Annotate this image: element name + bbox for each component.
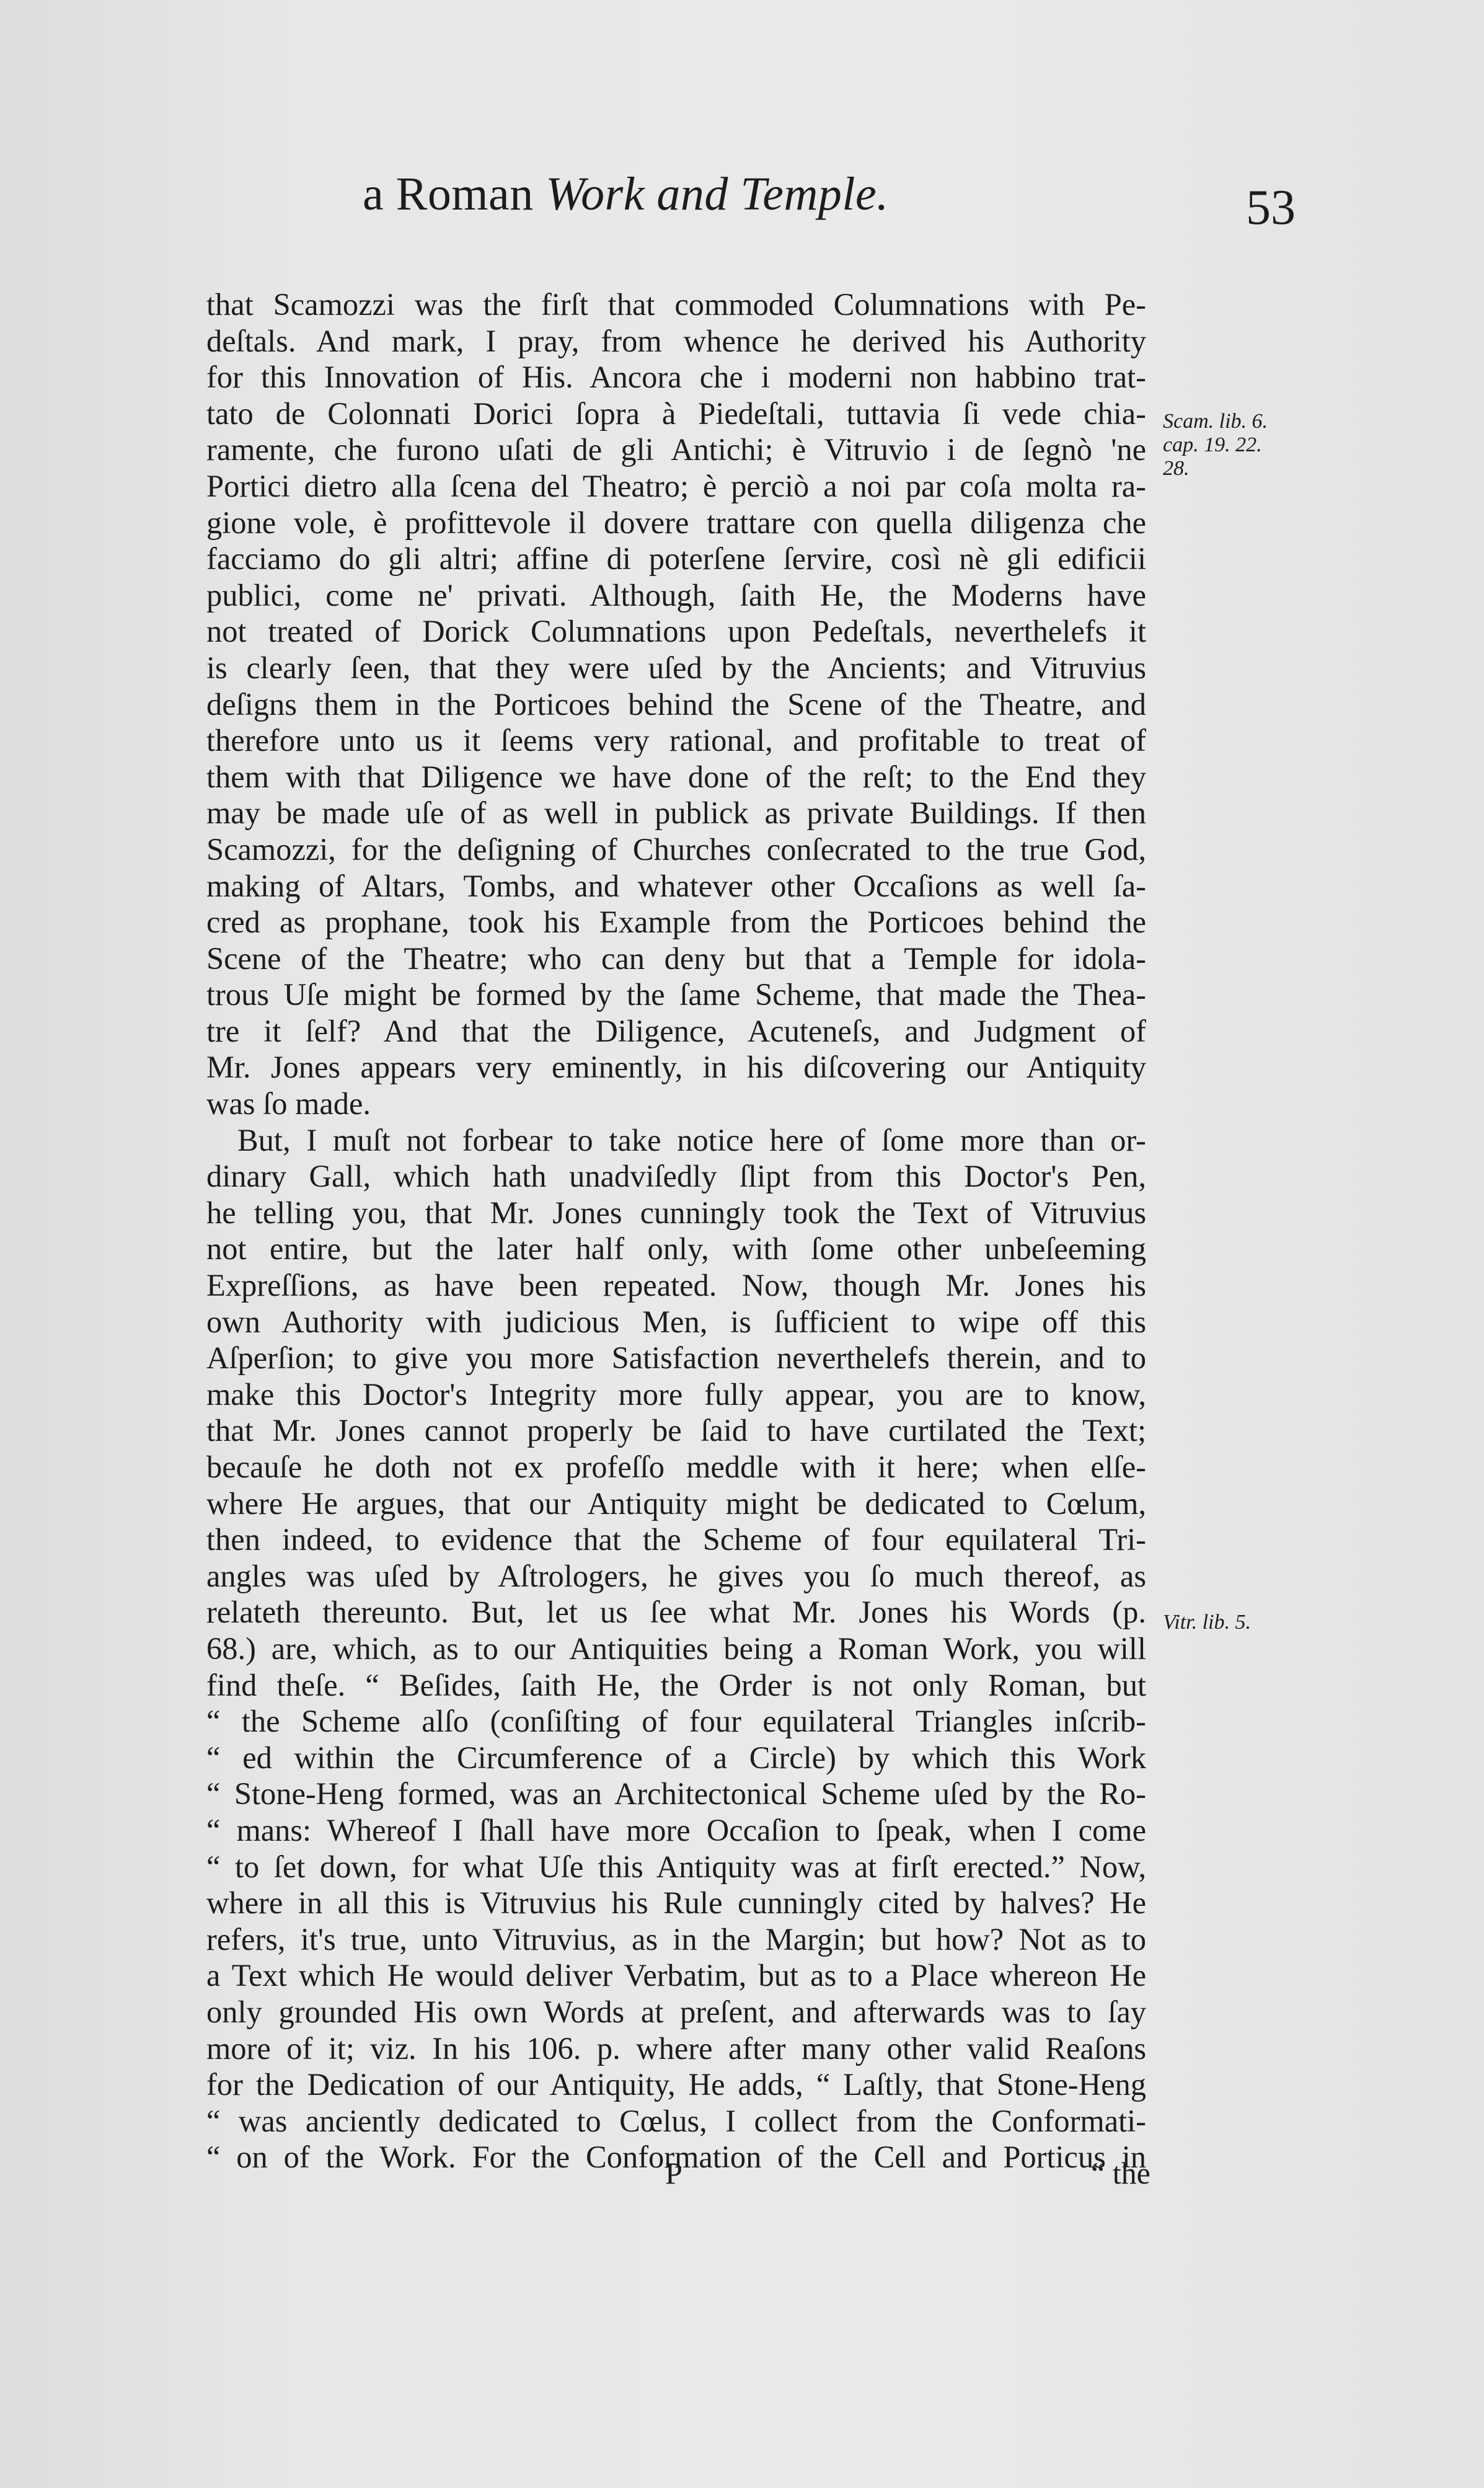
text-line: Scene of the Theatre; who can deny but t… — [206, 941, 1146, 977]
text-line: But, I muſt not forbear to take notice h… — [206, 1122, 1146, 1159]
text-line: tato de Colonnati Dorici ſopra à Piedeſt… — [206, 396, 1146, 432]
margin-note-scamozzi: Scam. lib. 6. cap. 19. 22. 28. — [1163, 410, 1268, 480]
text-line: gione vole, è profittevole il dovere tra… — [206, 505, 1146, 541]
text-line: that Scamozzi was the firſt that commode… — [206, 286, 1146, 323]
text-line: becauſe he doth not ex profeſſo meddle w… — [206, 1449, 1146, 1485]
signature-mark: P — [665, 2155, 682, 2191]
text-line: “ was anciently dedicated to Cœlus, I co… — [206, 2103, 1146, 2140]
margin-note-line: Vitr. lib. 5. — [1163, 1611, 1251, 1634]
margin-note-line: 28. — [1163, 457, 1268, 480]
text-line: more of it; viz. In his 106. p. where af… — [206, 2030, 1146, 2067]
text-line: relateth thereunto. But, let us ſee what… — [206, 1594, 1146, 1631]
text-line: own Authority with judicious Men, is ſuf… — [206, 1304, 1146, 1340]
text-line: a Text which He would deliver Verbatim, … — [206, 1957, 1146, 1994]
text-line: Aſperſion; to give you more Satisfaction… — [206, 1340, 1146, 1376]
title-part-italic: Work and Temple. — [545, 168, 888, 220]
title-part: Roman — [396, 168, 546, 220]
text-line: therefore unto us it ſeems very rational… — [206, 722, 1146, 759]
text-line: Portici dietro alla ſcena del Theatro; è… — [206, 468, 1146, 505]
book-page: a Roman Work and Temple. 53 that Scamozz… — [0, 0, 1484, 2488]
text-line: making of Altars, Tombs, and whatever ot… — [206, 868, 1146, 905]
text-line: Expreſſions, as have been repeated. Now,… — [206, 1267, 1146, 1304]
text-line: publici, come ne' privati. Although, ſai… — [206, 577, 1146, 614]
text-line: find theſe. “ Beſides, ſaith He, the Ord… — [206, 1667, 1146, 1704]
text-line: not treated of Dorick Columnations upon … — [206, 613, 1146, 650]
text-line: tre it ſelf? And that the Diligence, Acu… — [206, 1013, 1146, 1050]
text-line: where in all this is Vitruvius his Rule … — [206, 1885, 1146, 1921]
text-line: that Mr. Jones cannot properly be ſaid t… — [206, 1412, 1146, 1449]
text-line: Mr. Jones appears very eminently, in his… — [206, 1049, 1146, 1086]
text-line: facciamo do gli altri; affine di poterſe… — [206, 541, 1146, 577]
text-line: “ the Scheme alſo (conſiſting of four eq… — [206, 1703, 1146, 1740]
text-line: “ Stone-Heng formed, was an Architectoni… — [206, 1776, 1146, 1812]
text-line: “ to ſet down, for what Uſe this Antiqui… — [206, 1849, 1146, 1885]
text-line: Scamozzi, for the deſigning of Churches … — [206, 831, 1146, 868]
text-line: “ mans: Whereof I ſhall have more Occaſi… — [206, 1812, 1146, 1849]
running-title: a Roman Work and Temple. — [363, 167, 889, 221]
text-line: ramente, che furono uſati de gli Antichi… — [206, 432, 1146, 468]
text-line: not entire, but the later half only, wit… — [206, 1231, 1146, 1267]
text-line: 68.) are, which, as to our Antiquities b… — [206, 1631, 1146, 1667]
margin-note-line: cap. 19. 22. — [1163, 433, 1268, 457]
text-line: for this Innovation of His. Ancora che i… — [206, 359, 1146, 396]
body-text: that Scamozzi was the firſt that commode… — [206, 286, 1146, 2176]
text-line: “ ed within the Circumference of a Circl… — [206, 1740, 1146, 1776]
text-line: them with that Diligence we have done of… — [206, 759, 1146, 795]
text-line: only grounded His own Words at preſent, … — [206, 1994, 1146, 2030]
text-line: deſtals. And mark, I pray, from whence h… — [206, 323, 1146, 360]
margin-note-vitruvius: Vitr. lib. 5. — [1163, 1611, 1251, 1634]
text-line: is clearly ſeen, that they were uſed by … — [206, 650, 1146, 686]
text-line: where He argues, that our Antiquity migh… — [206, 1485, 1146, 1522]
text-line: trous Uſe might be formed by the ſame Sc… — [206, 976, 1146, 1013]
margin-note-line: Scam. lib. 6. — [1163, 410, 1268, 433]
page-header: a Roman Work and Temple. 53 — [205, 167, 1147, 242]
text-line: he telling you, that Mr. Jones cunningly… — [206, 1195, 1146, 1231]
catchword: “ the — [1091, 2155, 1151, 2191]
text-line: for the Dedication of our Antiquity, He … — [206, 2066, 1146, 2103]
text-line: angles was uſed by Aſtrologers, he gives… — [206, 1558, 1146, 1595]
title-part: a — [363, 168, 396, 220]
text-line: was ſo made. — [206, 1086, 1146, 1122]
text-line: deſigns them in the Porticoes behind the… — [206, 686, 1146, 723]
text-line: cred as prophane, took his Example from … — [206, 904, 1146, 941]
text-line: then indeed, to evidence that the Scheme… — [206, 1521, 1146, 1558]
page-number: 53 — [1246, 180, 1296, 236]
text-line: make this Doctor's Integrity more fully … — [206, 1376, 1146, 1413]
text-line: may be made uſe of as well in publick as… — [206, 795, 1146, 831]
text-line: refers, it's true, unto Vitruvius, as in… — [206, 1921, 1146, 1958]
text-line: dinary Gall, which hath unadviſedly ſlip… — [206, 1158, 1146, 1195]
